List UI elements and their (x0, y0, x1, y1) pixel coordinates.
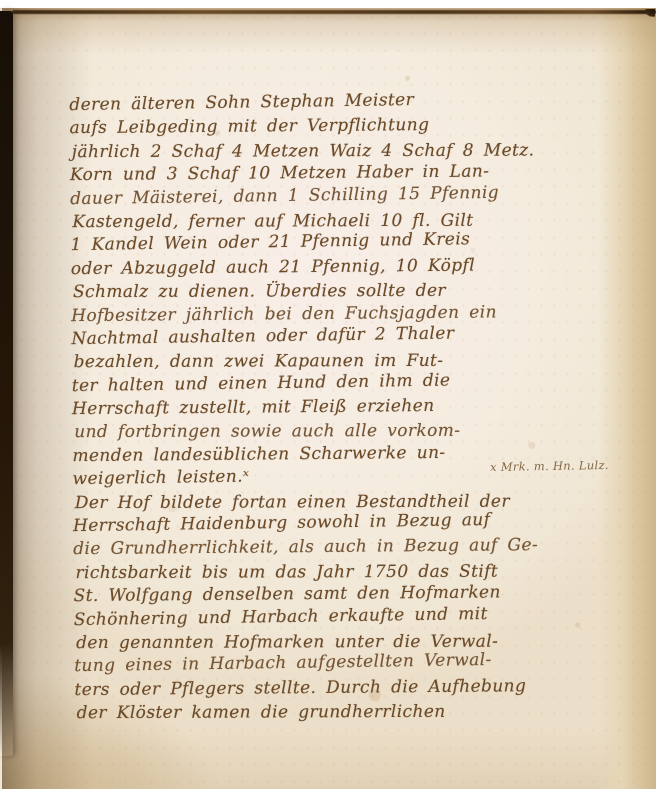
book-binding (0, 11, 13, 756)
manuscript-line: der Klöster kamen die grundherrlichen (77, 701, 563, 726)
manuscript-text: deren älteren Sohn Stephan Meister aufs … (69, 90, 560, 726)
manuscript-line: ters oder Pflegers stellte. Durch die Au… (74, 675, 560, 703)
manuscript-line: aufs Leibgeding mit der Verpflichtung (69, 113, 555, 141)
manuscript-line: jährlich 2 Schaf 4 Metzen Waiz 4 Schaf 8… (72, 139, 558, 164)
page-top-edge (12, 10, 656, 14)
manuscript-line: und fortbringen sowie auch alle vorkom- (74, 420, 560, 445)
manuscript-line: oder Abzuggeld auch 21 Pfennig, 10 Köpfl (71, 254, 557, 282)
margin-annotation: x Mrk. m. Hn. Lulz. (490, 458, 609, 474)
page-corner-mark (645, 9, 655, 17)
manuscript-page: deren älteren Sohn Stephan Meister aufs … (2, 8, 656, 789)
book-scan: deren älteren Sohn Stephan Meister aufs … (0, 8, 656, 789)
manuscript-line: richtsbarkeit bis um das Jahr 1750 das S… (75, 560, 561, 585)
manuscript-line: Herrschaft zustellt, mit Fleiß erziehen (72, 394, 558, 422)
manuscript-line: die Grundherrlichkeit, als auch in Bezug… (73, 534, 559, 562)
